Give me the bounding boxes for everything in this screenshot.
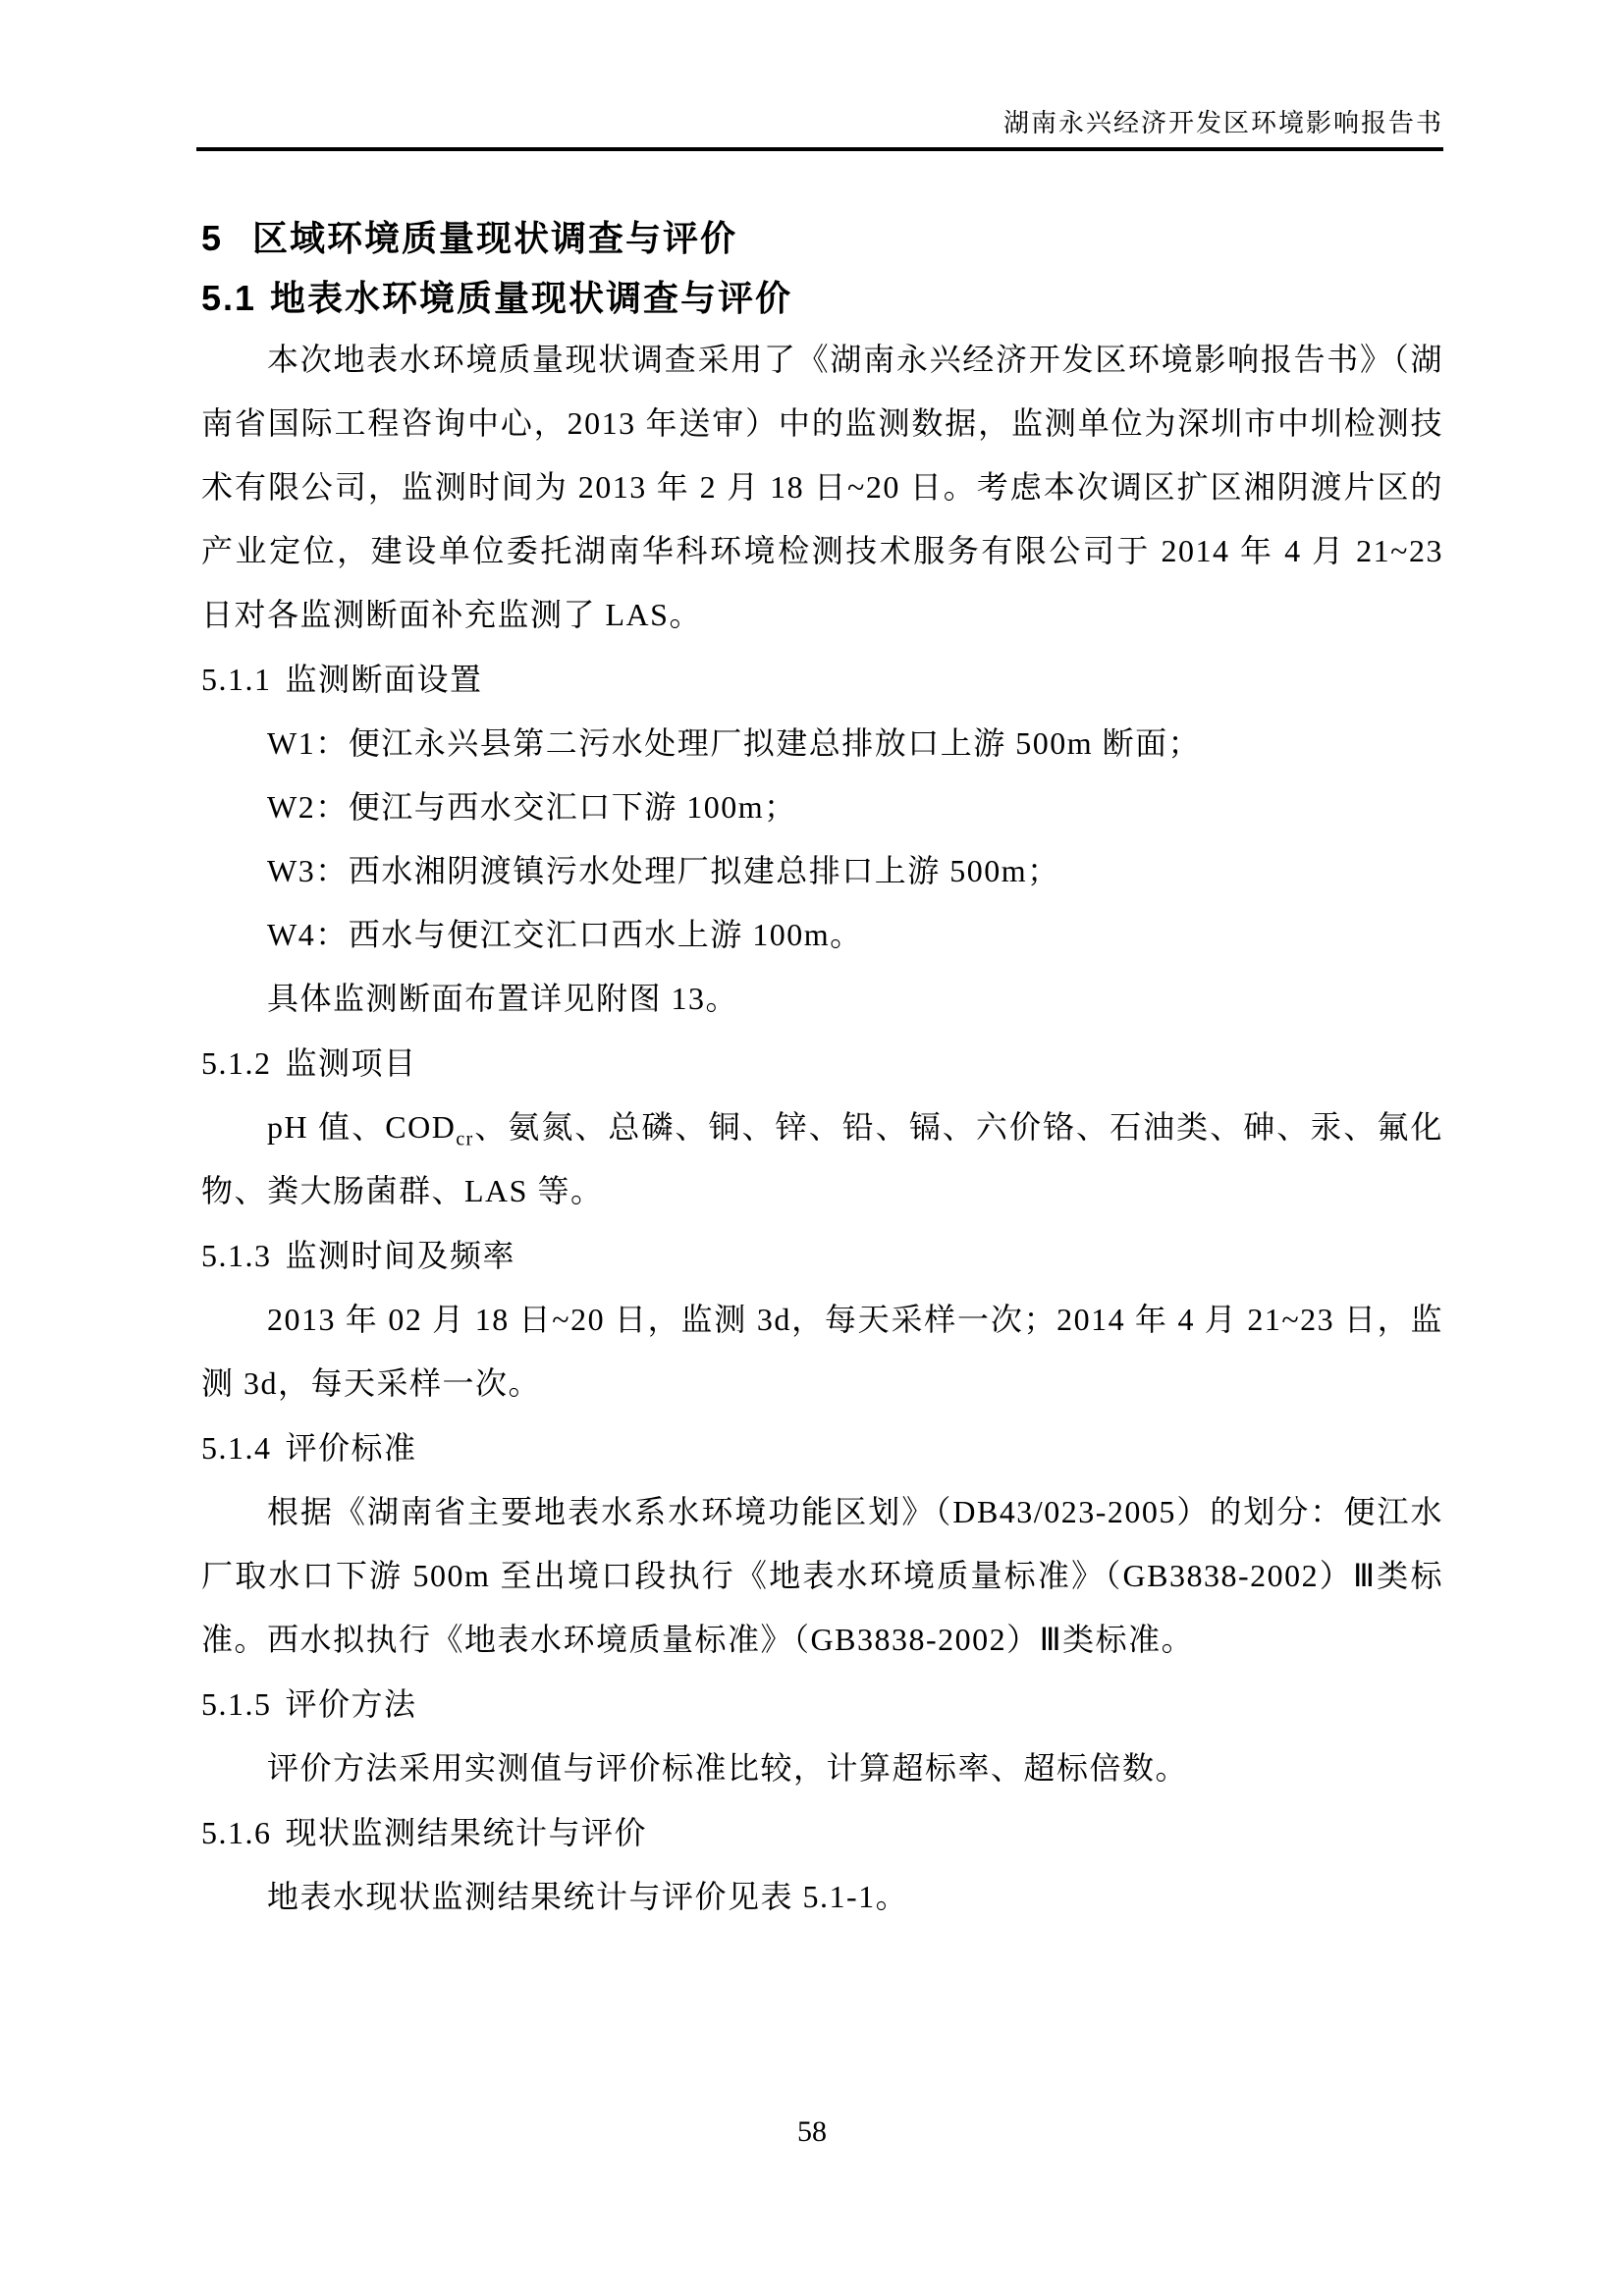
monitor-items-text: pH 值、COD bbox=[267, 1109, 456, 1145]
paragraph-intro: 本次地表水环境质量现状调查采用了《湖南永兴经济开发区环境影响报告书》（湖南省国际… bbox=[201, 328, 1443, 647]
monitor-point-w4: W4：西水与便江交汇口西水上游 100m。 bbox=[201, 903, 1443, 967]
subsection-title: 监测时间及频率 bbox=[286, 1238, 516, 1273]
note-figure-13: 具体监测断面布置详见附图 13。 bbox=[201, 967, 1443, 1031]
subsection-title: 评价方法 bbox=[286, 1686, 417, 1722]
monitor-point-w1: W1：便江永兴县第二污水处理厂拟建总排放口上游 500m 断面； bbox=[201, 712, 1443, 775]
cod-subscript: cr bbox=[456, 1128, 473, 1149]
chapter-title: 区域环境质量现状调查与评价 bbox=[252, 218, 737, 258]
subsection-title: 评价标准 bbox=[286, 1430, 417, 1466]
paragraph-monitor-items: pH 值、CODcr、氨氮、总磷、铜、锌、铅、镉、六价铬、石油类、砷、汞、氟化物… bbox=[201, 1095, 1443, 1223]
monitor-point-w2: W2：便江与西水交汇口下游 100m； bbox=[201, 775, 1443, 839]
document-page: 湖南永兴经济开发区环境影响报告书 5区域环境质量现状调查与评价 5.1地表水环境… bbox=[0, 0, 1624, 2296]
subsection-heading-5-1-3: 5.1.3监测时间及频率 bbox=[201, 1223, 1443, 1288]
header-title: 湖南永兴经济开发区环境影响报告书 bbox=[1003, 109, 1443, 137]
section-number: 5.1 bbox=[201, 278, 256, 318]
subsection-number: 5.1.1 bbox=[201, 662, 272, 697]
monitor-point-w3: W3：西水湘阴渡镇污水处理厂拟建总排口上游 500m； bbox=[201, 839, 1443, 903]
document-body: 5区域环境质量现状调查与评价 5.1地表水环境质量现状调查与评价 本次地表水环境… bbox=[201, 208, 1443, 1929]
subsection-title: 监测项目 bbox=[286, 1045, 417, 1081]
chapter-heading: 5区域环境质量现状调查与评价 bbox=[201, 208, 1443, 269]
subsection-heading-5-1-1: 5.1.1监测断面设置 bbox=[201, 647, 1443, 712]
subsection-heading-5-1-2: 5.1.2监测项目 bbox=[201, 1031, 1443, 1095]
page-header: 湖南永兴经济开发区环境影响报告书 bbox=[196, 106, 1443, 151]
section-heading: 5.1地表水环境质量现状调查与评价 bbox=[201, 269, 1443, 328]
subsection-heading-5-1-6: 5.1.6现状监测结果统计与评价 bbox=[201, 1800, 1443, 1865]
subsection-number: 5.1.4 bbox=[201, 1430, 272, 1466]
subsection-number: 5.1.5 bbox=[201, 1686, 272, 1722]
page-footer: 58 bbox=[0, 2112, 1624, 2152]
subsection-title: 现状监测结果统计与评价 bbox=[286, 1815, 648, 1850]
paragraph-monitor-time: 2013 年 02 月 18 日~20 日，监测 3d，每天采样一次；2014 … bbox=[201, 1288, 1443, 1415]
subsection-number: 5.1.6 bbox=[201, 1815, 272, 1850]
subsection-number: 5.1.2 bbox=[201, 1045, 272, 1081]
section-title: 地表水环境质量现状调查与评价 bbox=[270, 278, 792, 318]
subsection-title: 监测断面设置 bbox=[286, 662, 483, 697]
paragraph-method: 评价方法采用实测值与评价标准比较，计算超标率、超标倍数。 bbox=[201, 1736, 1443, 1800]
paragraph-standard: 根据《湖南省主要地表水系水环境功能区划》（DB43/023-2005）的划分：便… bbox=[201, 1480, 1443, 1672]
subsection-heading-5-1-4: 5.1.4评价标准 bbox=[201, 1415, 1443, 1480]
chapter-number: 5 bbox=[201, 218, 223, 258]
subsection-number: 5.1.3 bbox=[201, 1238, 272, 1273]
paragraph-result: 地表水现状监测结果统计与评价见表 5.1-1。 bbox=[201, 1865, 1443, 1929]
page-number: 58 bbox=[797, 2115, 827, 2148]
subsection-heading-5-1-5: 5.1.5评价方法 bbox=[201, 1672, 1443, 1736]
